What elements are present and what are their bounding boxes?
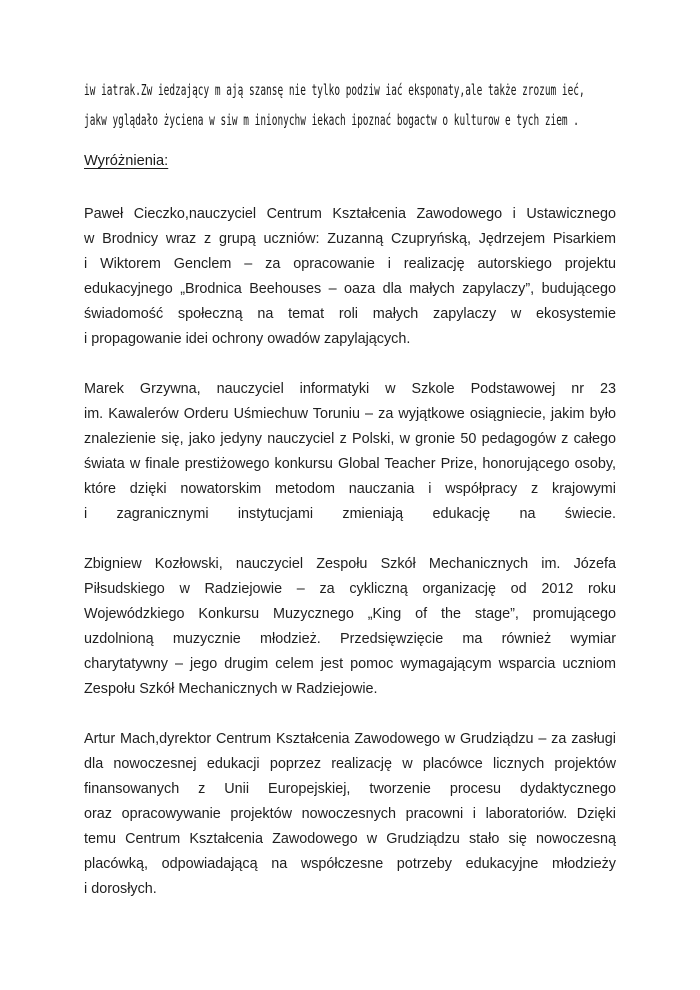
text-line: świata w finale prestiżowego konkursu Gl…	[84, 452, 616, 477]
intro-paragraph: iw iatrak.Zw iedzający m ają szansę nie …	[84, 75, 616, 135]
text-line: oraz opracowywanie projektów nowoczesnyc…	[84, 802, 616, 827]
intro-text-line: jakw yglądało życiena w siw m inionychw …	[84, 105, 616, 135]
text-line: Zespołu Szkół Mechanicznych w Radziejowi…	[84, 677, 616, 702]
intro-text-line: iw iatrak.Zw iedzający m ają szansę nie …	[84, 75, 616, 105]
text-line: edukacyjnego „Brodnica Beehouses – oaza …	[84, 277, 616, 302]
text-line: które dzięki nowatorskim metodom nauczan…	[84, 477, 616, 502]
intro-text: iw iatrak.Zw iedzający m ają szansę nie …	[84, 75, 585, 105]
text-line: i dorosłych.	[84, 877, 616, 902]
text-line: Piłsudskiego w Radziejowie – za cykliczn…	[84, 577, 616, 602]
award-paragraph: Paweł Cieczko,nauczyciel Centrum Kształc…	[84, 202, 616, 352]
award-paragraph: Zbigniew Kozłowski, nauczyciel Zespołu S…	[84, 552, 616, 702]
text-line: Artur Mach,dyrektor Centrum Kształcenia …	[84, 727, 616, 752]
text-line: Paweł Cieczko,nauczyciel Centrum Kształc…	[84, 202, 616, 227]
award-paragraphs: Paweł Cieczko,nauczyciel Centrum Kształc…	[84, 202, 616, 902]
text-line: i zagranicznymi instytucjami zmieniają e…	[84, 502, 616, 527]
text-line: świadomość społeczną na temat roli małyc…	[84, 302, 616, 327]
document-page: iw iatrak.Zw iedzający m ają szansę nie …	[0, 0, 700, 990]
text-line: Wojewódzkiego Konkursu Muzycznego „King …	[84, 602, 616, 627]
text-line: temu Centrum Kształcenia Zawodowego w Gr…	[84, 827, 616, 852]
text-line: im. Kawalerów Orderu Uśmiechuw Toruniu –…	[84, 402, 616, 427]
text-line: dla nowoczesnej edukacji poprzez realiza…	[84, 752, 616, 777]
text-line: i Wiktorem Genclem – za opracowanie i re…	[84, 252, 616, 277]
text-line: Marek Grzywna, nauczyciel informatyki w …	[84, 377, 616, 402]
text-line: znalezienie się, jako jedyny nauczyciel …	[84, 427, 616, 452]
text-line: w Brodnicy wraz z grupą uczniów: Zuzanną…	[84, 227, 616, 252]
intro-text: jakw yglądało życiena w siw m inionychw …	[84, 105, 579, 135]
section-heading: Wyróżnienia:	[84, 149, 616, 174]
text-line: placówką, odpowiadającą na współczesne p…	[84, 852, 616, 877]
award-paragraph: Marek Grzywna, nauczyciel informatyki w …	[84, 377, 616, 527]
text-line: finansowanych z Unii Europejskiej, tworz…	[84, 777, 616, 802]
text-line: charytatywny – jego drugim celem jest po…	[84, 652, 616, 677]
text-line: i propagowanie idei ochrony owadów zapyl…	[84, 327, 616, 352]
text-line: uzdolnioną muzycznie młodzież. Przedsięw…	[84, 627, 616, 652]
award-paragraph: Artur Mach,dyrektor Centrum Kształcenia …	[84, 727, 616, 902]
text-line: Zbigniew Kozłowski, nauczyciel Zespołu S…	[84, 552, 616, 577]
